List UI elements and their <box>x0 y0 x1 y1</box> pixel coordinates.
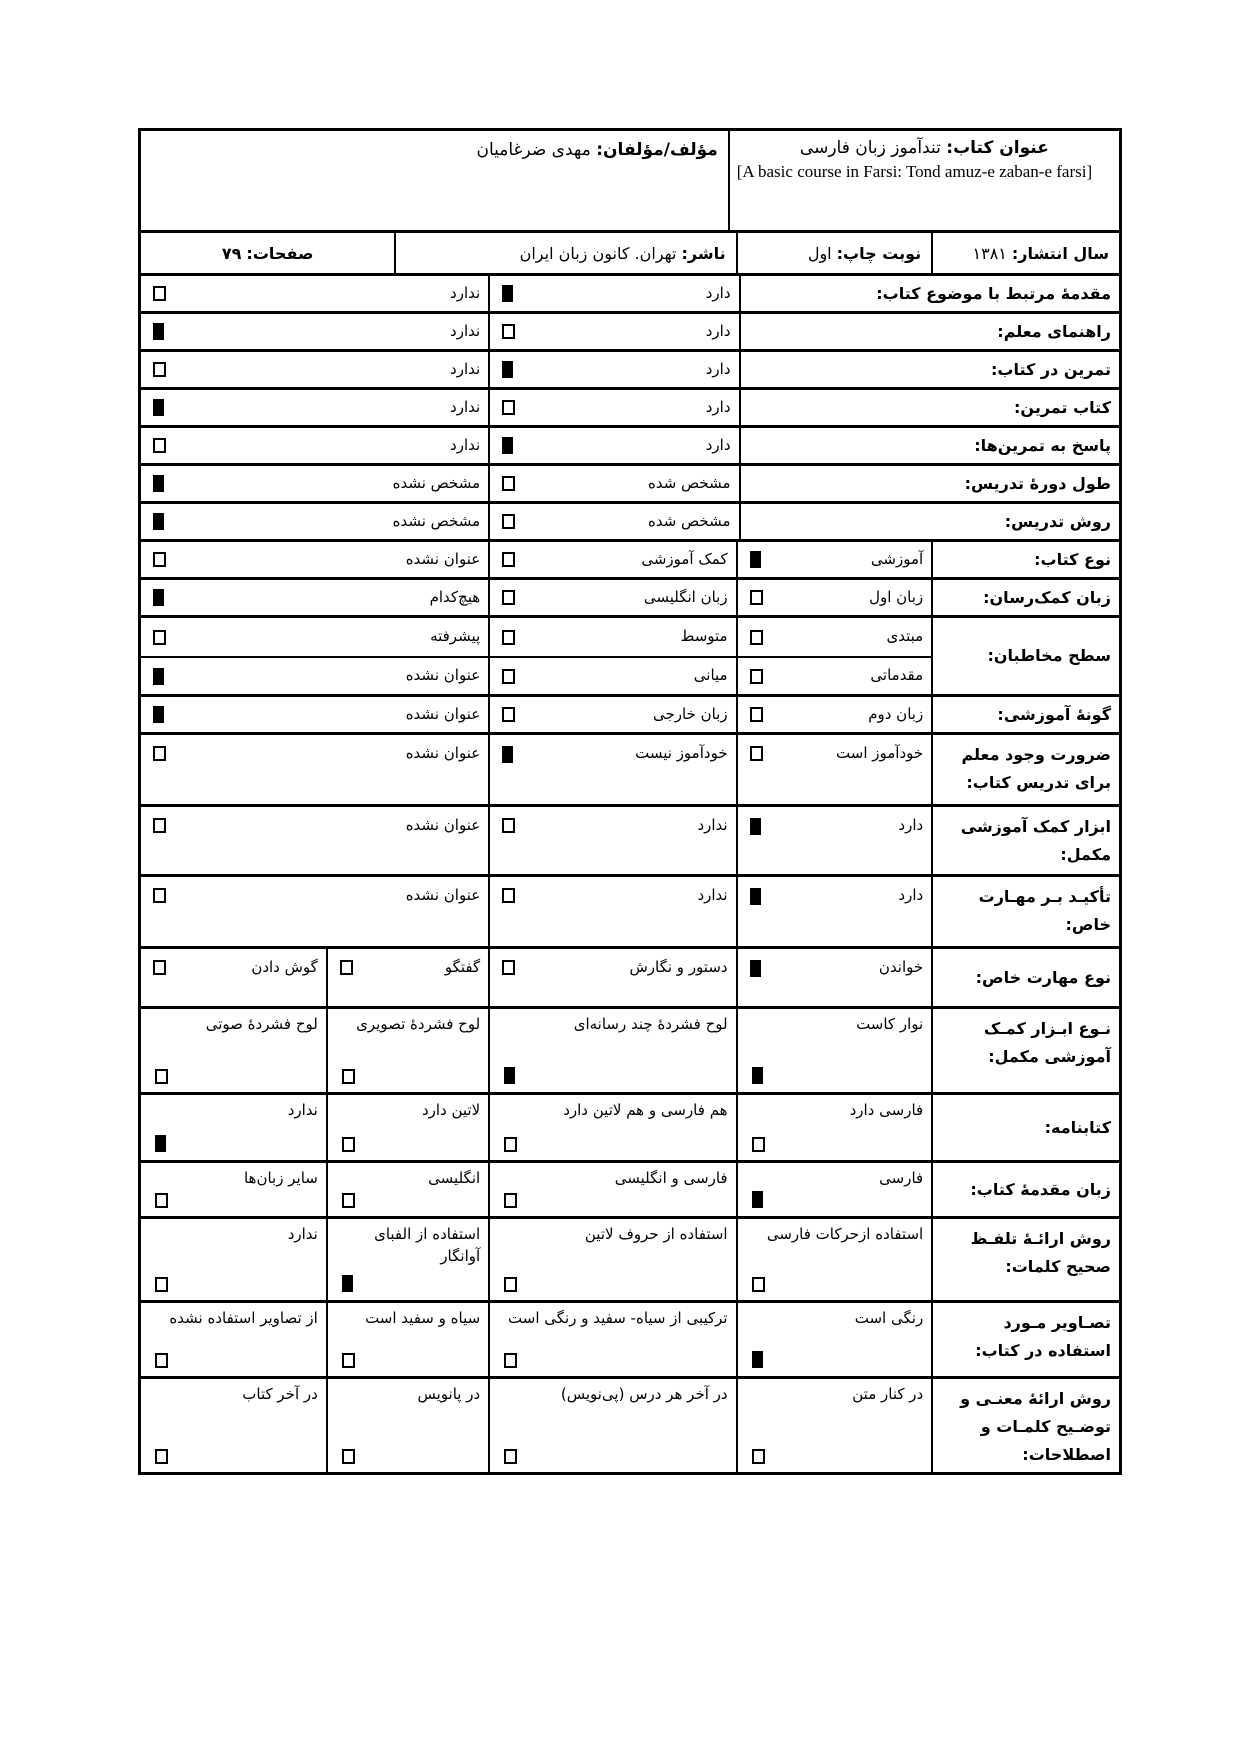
option-label: عنوان نشده <box>406 743 480 765</box>
book-title-line: عنوان کتاب: تندآموز زبان فارسی <box>730 131 1119 160</box>
sub-row: مقدماتیمیانیعنوان نشده <box>141 656 933 694</box>
header-row-title: عنوان کتاب: تندآموز زبان فارسی [A basic … <box>141 131 1119 230</box>
checkbox-checked[interactable] <box>342 1275 353 1292</box>
option-label: استفاده از الفبای آوانگار <box>342 1224 480 1268</box>
option-label: ندارد <box>697 815 727 837</box>
option-label: در پانویس <box>342 1384 480 1406</box>
checkbox-checked[interactable] <box>153 513 164 530</box>
option-cell: استفاده ازحرکات فارسی <box>738 1219 934 1300</box>
checkbox-unchecked[interactable] <box>153 960 166 975</box>
option-label: مشخص شده <box>648 511 731 533</box>
publish-year-label: سال انتشار: <box>1012 244 1109 263</box>
checkbox-unchecked[interactable] <box>750 746 763 761</box>
option-cell: دارد <box>490 352 740 387</box>
checkbox-unchecked[interactable] <box>153 286 166 301</box>
option-cell: خودآموز است <box>738 735 934 804</box>
checkbox-unchecked[interactable] <box>342 1193 355 1208</box>
option-cell: متوسط <box>490 618 737 656</box>
checkbox-checked[interactable] <box>153 475 164 492</box>
checkbox-unchecked[interactable] <box>153 746 166 761</box>
option-cell: کمک آموزشی <box>490 542 737 577</box>
option-cell: پیشرفته <box>141 618 490 656</box>
option-cell: سیاه و سفید است <box>328 1303 490 1376</box>
header-row-meta: سال انتشار: ۱۳۸۱ نوبت چاپ: اول ناشر: تهر… <box>141 230 1119 273</box>
option-label: استفاده از حروف لاتین <box>504 1224 727 1246</box>
checkbox-unchecked[interactable] <box>502 818 515 833</box>
row-label: کتاب تمرین: <box>741 390 1119 425</box>
option-label: ندارد <box>450 435 480 457</box>
option-cell: ندارد <box>141 314 490 349</box>
checkbox-checked[interactable] <box>752 1191 763 1208</box>
option-cell: سایر زبان‌ها <box>141 1163 328 1216</box>
checkbox-unchecked[interactable] <box>155 1069 168 1084</box>
row-label: روش ارائۀ معنـی و توضـیح کلمـات و اصطلاح… <box>933 1379 1119 1472</box>
checkbox-unchecked[interactable] <box>504 1277 517 1292</box>
option-cell: لاتین دارد <box>328 1095 490 1160</box>
option-cell: هم فارسی و هم لاتین دارد <box>490 1095 737 1160</box>
edition-cell: نوبت چاپ: اول <box>738 233 934 273</box>
option-cell: فارسی و انگلیسی <box>490 1163 737 1216</box>
option-label: دارد <box>898 815 923 837</box>
checkbox-unchecked[interactable] <box>504 1193 517 1208</box>
option-cell: زبان دوم <box>738 697 934 732</box>
checkbox-checked[interactable] <box>750 818 761 835</box>
checkbox-unchecked[interactable] <box>502 888 515 903</box>
row-label: تصـاویر مـورد استفاده در کتاب: <box>933 1303 1119 1376</box>
option-label: خواندن <box>879 957 923 979</box>
checkbox-checked[interactable] <box>752 1067 763 1084</box>
option-label: خودآموز است <box>836 743 923 765</box>
option-label: ندارد <box>450 321 480 343</box>
option-cell: هیچ‌کدام <box>141 580 490 615</box>
option-label: ندارد <box>450 359 480 381</box>
checkbox-unchecked[interactable] <box>342 1137 355 1152</box>
checkbox-unchecked[interactable] <box>502 669 515 684</box>
option-label: عنوان نشده <box>406 665 480 687</box>
form-row: ضرورت وجود معلم برای تدریس کتاب:خودآموز … <box>141 732 1119 804</box>
checkbox-unchecked[interactable] <box>155 1449 168 1464</box>
option-cell: دارد <box>490 428 740 463</box>
option-cell: زبان خارجی <box>490 697 737 732</box>
option-label: مشخص شده <box>648 473 731 495</box>
checkbox-checked[interactable] <box>153 706 164 723</box>
form-rows: مقدمۀ مرتبط با موضوع کتاب:داردنداردراهنم… <box>141 273 1119 1472</box>
option-cell: در کنار متن <box>738 1379 934 1472</box>
checkbox-unchecked[interactable] <box>502 400 515 415</box>
checkbox-unchecked[interactable] <box>750 630 763 645</box>
option-label: نوار کاست <box>752 1014 924 1036</box>
option-cell: در آخر هر درس (پی‌نویس) <box>490 1379 737 1472</box>
publish-year-cell: سال انتشار: ۱۳۸۱ <box>933 233 1119 273</box>
row-label: ابزار کمک آموزشی مکمل: <box>933 807 1119 874</box>
option-cell: مشخص شده <box>490 504 740 539</box>
option-cell: دارد <box>738 807 934 874</box>
option-cell: آموزشی <box>738 542 934 577</box>
checkbox-unchecked[interactable] <box>502 552 515 567</box>
option-label: فارسی دارد <box>752 1100 924 1122</box>
checkbox-unchecked[interactable] <box>502 960 515 975</box>
option-cell: ندارد <box>490 807 737 874</box>
checkbox-unchecked[interactable] <box>155 1353 168 1368</box>
checkbox-unchecked[interactable] <box>340 960 353 975</box>
option-label: هم فارسی و هم لاتین دارد <box>504 1100 727 1122</box>
row-label: کتابنامه: <box>933 1095 1119 1160</box>
pages-cell: صفحات: ۷۹ <box>141 233 396 273</box>
form-row: گونۀ آموزشی:زبان دومزبان خارجیعنوان نشده <box>141 694 1119 732</box>
form-row: طول دورۀ تدریس:مشخص شدهمشخص نشده <box>141 463 1119 501</box>
option-label: لوح فشردۀ تصویری <box>342 1014 480 1036</box>
option-label: مبتدی <box>886 626 923 648</box>
option-label: زبان اول <box>869 587 923 609</box>
option-label: ندارد <box>155 1224 318 1246</box>
option-label: زبان انگلیسی <box>644 587 728 609</box>
option-cell: رنگی است <box>738 1303 934 1376</box>
option-label: دارد <box>706 321 731 343</box>
row-label: مقدمۀ مرتبط با موضوع کتاب: <box>741 276 1119 311</box>
publisher-label: ناشر: <box>681 244 725 263</box>
option-label: از تصاویر استفاده نشده <box>155 1308 318 1330</box>
checkbox-unchecked[interactable] <box>153 630 166 645</box>
form-row: راهنمای معلم:داردندارد <box>141 311 1119 349</box>
option-label: سیاه و سفید است <box>342 1308 480 1330</box>
row-label: نـوع ابـزار کمـک آموزشی مکمل: <box>933 1009 1119 1092</box>
checkbox-unchecked[interactable] <box>153 818 166 833</box>
option-label: سایر زبان‌ها <box>155 1168 318 1190</box>
option-cell: خودآموز نیست <box>490 735 737 804</box>
option-label: دارد <box>898 885 923 907</box>
checkbox-unchecked[interactable] <box>155 1193 168 1208</box>
row-label: نوع مهارت خاص: <box>933 949 1119 1006</box>
option-cell: زبان اول <box>738 580 934 615</box>
checkbox-checked[interactable] <box>155 1135 166 1152</box>
checkbox-unchecked[interactable] <box>502 476 515 491</box>
option-label: دارد <box>706 283 731 305</box>
option-cell: ندارد <box>141 276 490 311</box>
option-cell: ندارد <box>141 428 490 463</box>
checkbox-unchecked[interactable] <box>750 707 763 722</box>
option-label: عنوان نشده <box>406 815 480 837</box>
option-cell: ندارد <box>141 1095 328 1160</box>
checkbox-unchecked[interactable] <box>153 438 166 453</box>
publisher-value: تهران. کانون زبان ایران <box>520 244 677 263</box>
checkbox-unchecked[interactable] <box>502 324 515 339</box>
checkbox-unchecked[interactable] <box>502 514 515 529</box>
option-label: مشخص نشده <box>393 473 481 495</box>
option-cell: نوار کاست <box>738 1009 934 1092</box>
option-label: هیچ‌کدام <box>430 587 481 609</box>
option-cell: ندارد <box>141 352 490 387</box>
checkbox-unchecked[interactable] <box>750 669 763 684</box>
option-label: کمک آموزشی <box>641 549 727 571</box>
row-label: ضرورت وجود معلم برای تدریس کتاب: <box>933 735 1119 804</box>
option-cell: لوح فشردۀ صوتی <box>141 1009 328 1092</box>
form-row: پاسخ به تمرین‌ها:داردندارد <box>141 425 1119 463</box>
option-label: در کنار متن <box>752 1384 924 1406</box>
checkbox-checked[interactable] <box>752 1351 763 1368</box>
option-cell: مشخص شده <box>490 466 740 501</box>
author-label: مؤلف/مؤلفان: <box>596 140 718 160</box>
option-label: در آخر هر درس (پی‌نویس) <box>504 1384 727 1406</box>
row-label: سطح مخاطبان: <box>933 618 1119 694</box>
option-label: ندارد <box>450 283 480 305</box>
option-cell: میانی <box>490 658 737 694</box>
checkbox-unchecked[interactable] <box>504 1449 517 1464</box>
checkbox-checked[interactable] <box>502 361 513 378</box>
option-cell: مشخص نشده <box>141 466 490 501</box>
form-row: نـوع ابـزار کمـک آموزشی مکمل:نوار کاستلو… <box>141 1006 1119 1092</box>
option-label: میانی <box>694 665 728 687</box>
checkbox-unchecked[interactable] <box>342 1353 355 1368</box>
option-label: خودآموز نیست <box>635 743 727 765</box>
option-label: در آخر کتاب <box>155 1384 318 1406</box>
sub-row: مبتدیمتوسطپیشرفته <box>141 618 933 656</box>
option-label: پیشرفته <box>430 626 480 648</box>
option-cell: استفاده از حروف لاتین <box>490 1219 737 1300</box>
checkbox-checked[interactable] <box>502 746 513 763</box>
form-row: نوع کتاب:آموزشیکمک آموزشیعنوان نشده <box>141 539 1119 577</box>
form-row: کتابنامه:فارسی داردهم فارسی و هم لاتین د… <box>141 1092 1119 1160</box>
row-label: تأکیـد بـر مهـارت خاص: <box>933 877 1119 946</box>
row-label: پاسخ به تمرین‌ها: <box>741 428 1119 463</box>
checkbox-unchecked[interactable] <box>502 707 515 722</box>
checkbox-unchecked[interactable] <box>502 590 515 605</box>
option-label: مقدماتی <box>870 665 923 687</box>
form-row: روش ارائۀ معنـی و توضـیح کلمـات و اصطلاح… <box>141 1376 1119 1472</box>
option-cell: در آخر کتاب <box>141 1379 328 1472</box>
option-label: متوسط <box>680 626 727 648</box>
option-cell: دارد <box>490 276 740 311</box>
form-row: زبان مقدمۀ کتاب:فارسیفارسی و انگلیسیانگل… <box>141 1160 1119 1216</box>
option-cell: لوح فشردۀ تصویری <box>328 1009 490 1092</box>
form-row: تصـاویر مـورد استفاده در کتاب:رنگی استتر… <box>141 1300 1119 1376</box>
form-row: زبان کمک‌رسان:زبان اولزبان انگلیسیهیچ‌کد… <box>141 577 1119 615</box>
checkbox-unchecked[interactable] <box>153 552 166 567</box>
option-cell: گفتگو <box>328 949 490 1006</box>
form-row: ابزار کمک آموزشی مکمل:داردنداردعنوان نشد… <box>141 804 1119 874</box>
option-label: گوش دادن <box>251 957 318 979</box>
checkbox-unchecked[interactable] <box>155 1277 168 1292</box>
form-row: تأکیـد بـر مهـارت خاص:داردنداردعنوان نشد… <box>141 874 1119 946</box>
option-label: گفتگو <box>445 957 480 979</box>
option-label: رنگی است <box>752 1308 924 1330</box>
checkbox-checked[interactable] <box>750 960 761 977</box>
checkbox-checked[interactable] <box>750 888 761 905</box>
option-label: لوح فشردۀ چند رسانه‌ای <box>504 1014 727 1036</box>
option-label: دارد <box>706 397 731 419</box>
row-label: تمرین در کتاب: <box>741 352 1119 387</box>
option-label: آموزشی <box>871 549 923 571</box>
option-cell: مقدماتی <box>738 658 934 694</box>
option-cell: استفاده از الفبای آوانگار <box>328 1219 490 1300</box>
option-cell: در پانویس <box>328 1379 490 1472</box>
option-label: ندارد <box>450 397 480 419</box>
option-cell: مبتدی <box>738 618 934 656</box>
option-cell: مشخص نشده <box>141 504 490 539</box>
row-label: طول دورۀ تدریس: <box>741 466 1119 501</box>
row-label: راهنمای معلم: <box>741 314 1119 349</box>
option-label: انگلیسی <box>342 1168 480 1190</box>
option-cell: لوح فشردۀ چند رسانه‌ای <box>490 1009 737 1092</box>
book-title-value: تندآموز زبان فارسی <box>800 138 941 158</box>
checkbox-unchecked[interactable] <box>153 888 166 903</box>
pages-label: صفحات: <box>246 244 313 263</box>
option-label: لوح فشردۀ صوتی <box>155 1014 318 1036</box>
option-cell: گوش دادن <box>141 949 328 1006</box>
publisher-cell: ناشر: تهران. کانون زبان ایران <box>396 233 737 273</box>
checkbox-checked[interactable] <box>502 285 513 302</box>
option-cell: ترکیبی از سیاه- سفید و رنگی است <box>490 1303 737 1376</box>
row-label: نوع کتاب: <box>933 542 1119 577</box>
option-label: عنوان نشده <box>406 549 480 571</box>
option-cell: فارسی <box>738 1163 934 1216</box>
option-label: دستور و نگارش <box>629 957 727 979</box>
publish-year-value: ۱۳۸۱ <box>973 244 1007 263</box>
checkbox-unchecked[interactable] <box>752 1449 765 1464</box>
pages-value: ۷۹ <box>222 244 242 263</box>
option-cell: عنوان نشده <box>141 658 490 694</box>
option-label: ندارد <box>697 885 727 907</box>
option-label: عنوان نشده <box>406 885 480 907</box>
option-cell: زبان انگلیسی <box>490 580 737 615</box>
edition-label: نوبت چاپ: <box>837 244 922 263</box>
option-label: دارد <box>706 435 731 457</box>
checkbox-checked[interactable] <box>153 399 164 416</box>
option-label: استفاده ازحرکات فارسی <box>752 1224 924 1246</box>
form-row: تمرین در کتاب:داردندارد <box>141 349 1119 387</box>
option-sub-rows: مبتدیمتوسطپیشرفتهمقدماتیمیانیعنوان نشده <box>141 618 933 694</box>
option-label: فارسی و انگلیسی <box>504 1168 727 1190</box>
option-label: زبان دوم <box>868 704 923 726</box>
option-cell: دارد <box>738 877 934 946</box>
option-cell: خواندن <box>738 949 934 1006</box>
checkbox-unchecked[interactable] <box>750 590 763 605</box>
option-label: دارد <box>706 359 731 381</box>
row-label: گونۀ آموزشی: <box>933 697 1119 732</box>
checkbox-checked[interactable] <box>153 323 164 340</box>
checkbox-checked[interactable] <box>153 668 164 685</box>
option-cell: ندارد <box>141 390 490 425</box>
book-title-transliteration: [A basic course in Farsi: Tond amuz-e za… <box>730 160 1119 183</box>
option-label: زبان خارجی <box>653 704 728 726</box>
option-cell: دستور و نگارش <box>490 949 737 1006</box>
option-cell: ندارد <box>490 877 737 946</box>
checkbox-unchecked[interactable] <box>342 1449 355 1464</box>
option-cell: عنوان نشده <box>141 877 490 946</box>
option-cell: عنوان نشده <box>141 735 490 804</box>
option-cell: عنوان نشده <box>141 807 490 874</box>
option-cell: فارسی دارد <box>738 1095 934 1160</box>
checkbox-unchecked[interactable] <box>502 630 515 645</box>
form-row: کتاب تمرین:داردندارد <box>141 387 1119 425</box>
book-title-label: عنوان کتاب: <box>946 138 1049 158</box>
checkbox-unchecked[interactable] <box>752 1137 765 1152</box>
option-label: ترکیبی از سیاه- سفید و رنگی است <box>504 1308 727 1330</box>
row-label: روش تدریس: <box>741 504 1119 539</box>
form-row: نوع مهارت خاص:خواندندستور و نگارشگفتگوگو… <box>141 946 1119 1006</box>
option-label: مشخص نشده <box>393 511 481 533</box>
author-cell: مؤلف/مؤلفان: مهدی ضرغامیان <box>141 131 730 230</box>
option-label: ندارد <box>155 1100 318 1122</box>
option-cell: دارد <box>490 390 740 425</box>
book-evaluation-table: عنوان کتاب: تندآموز زبان فارسی [A basic … <box>138 128 1122 1475</box>
author-value: مهدی ضرغامیان <box>476 140 590 160</box>
checkbox-unchecked[interactable] <box>504 1353 517 1368</box>
option-label: فارسی <box>752 1168 924 1190</box>
checkbox-checked[interactable] <box>750 551 761 568</box>
checkbox-unchecked[interactable] <box>153 362 166 377</box>
option-label: عنوان نشده <box>406 704 480 726</box>
page: عنوان کتاب: تندآموز زبان فارسی [A basic … <box>0 0 1241 1755</box>
edition-value: اول <box>808 244 832 263</box>
checkbox-unchecked[interactable] <box>504 1137 517 1152</box>
option-cell: عنوان نشده <box>141 542 490 577</box>
option-cell: انگلیسی <box>328 1163 490 1216</box>
row-label: زبان کمک‌رسان: <box>933 580 1119 615</box>
form-row: روش ارائـۀ تلفـظ صحیح کلمات:استفاده ازحر… <box>141 1216 1119 1300</box>
option-label: لاتین دارد <box>342 1100 480 1122</box>
row-label: زبان مقدمۀ کتاب: <box>933 1163 1119 1216</box>
option-cell: دارد <box>490 314 740 349</box>
checkbox-checked[interactable] <box>504 1067 515 1084</box>
checkbox-checked[interactable] <box>502 437 513 454</box>
form-row: روش تدریس:مشخص شدهمشخص نشده <box>141 501 1119 539</box>
book-title-cell: عنوان کتاب: تندآموز زبان فارسی [A basic … <box>730 131 1119 230</box>
option-cell: ندارد <box>141 1219 328 1300</box>
option-cell: عنوان نشده <box>141 697 490 732</box>
checkbox-unchecked[interactable] <box>752 1277 765 1292</box>
form-row: مقدمۀ مرتبط با موضوع کتاب:داردندارد <box>141 273 1119 311</box>
row-label: روش ارائـۀ تلفـظ صحیح کلمات: <box>933 1219 1119 1300</box>
form-row: سطح مخاطبان:مبتدیمتوسطپیشرفتهمقدماتیمیان… <box>141 615 1119 694</box>
checkbox-unchecked[interactable] <box>342 1069 355 1084</box>
checkbox-checked[interactable] <box>153 589 164 606</box>
option-cell: از تصاویر استفاده نشده <box>141 1303 328 1376</box>
